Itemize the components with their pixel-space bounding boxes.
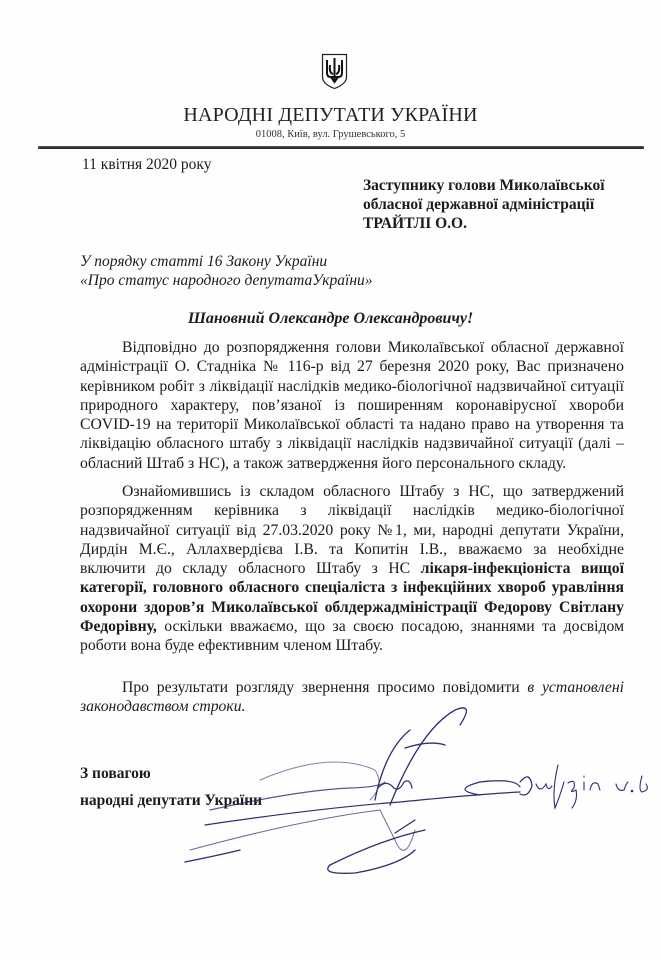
legal-basis-line-1: У порядку статті 16 Закону України [80,252,373,271]
recipient-name: ТРАЙТЛІ О.О. [363,214,605,233]
salutation: Шановний Олександре Олександровичу! [0,310,661,328]
trident-emblem-icon [321,53,348,90]
recipient-position: Заступнику голови Миколаївської [363,176,605,195]
legal-basis-line-2: «Про статус народного депутатаУкраїни» [80,271,373,290]
body-paragraph-2: Ознайомившись із складом обласного Штабу… [80,482,624,656]
letterhead-divider [38,146,644,149]
organization-title: НАРОДНІ ДЕПУТАТИ УКРАЇНИ [0,104,661,127]
recipient-organization: обласної державної адміністрації [363,195,605,214]
paragraph-2-reason: оскільки вважаємо, що за своєю посадою, … [80,618,624,654]
organization-address: 01008, Київ, вул. Грушевського, 5 [0,129,661,140]
letter-date: 11 квітня 2020 року [82,156,211,174]
legal-basis: У порядку статті 16 Закону України «Про … [80,252,373,290]
recipient-block: Заступнику голови Миколаївської обласної… [363,176,605,233]
paragraph-1-text: Відповідно до розпорядження голови Микол… [80,338,624,473]
handwritten-signature-icon [180,690,661,880]
body-paragraph-1: Відповідно до розпорядження голови Микол… [80,338,624,473]
